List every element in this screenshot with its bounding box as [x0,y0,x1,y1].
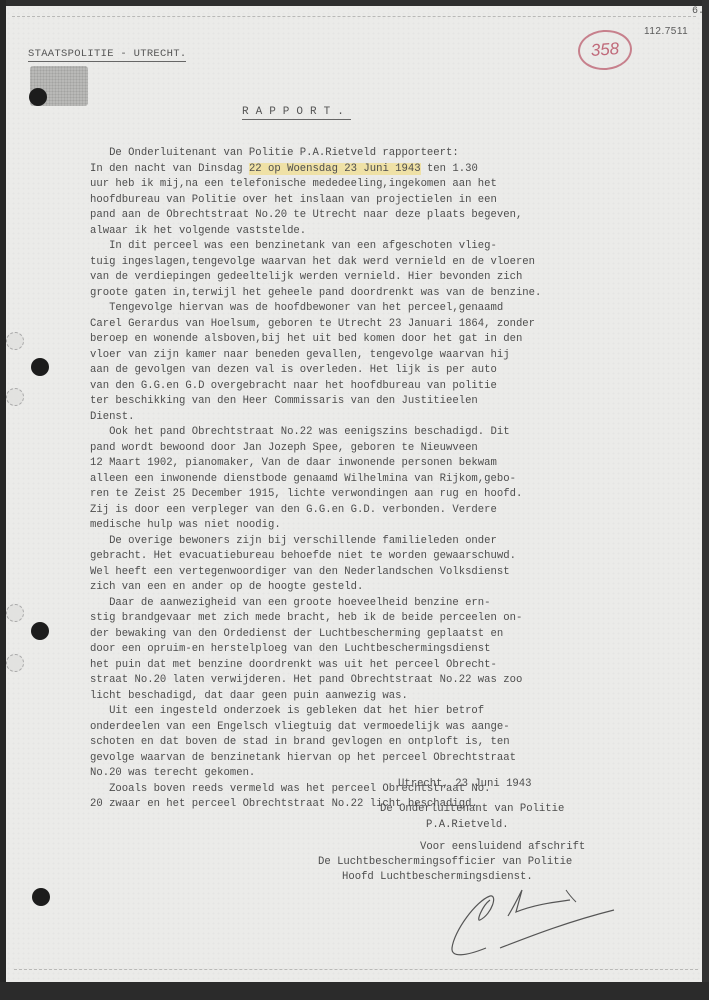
report-line: door een opruim-en herstelploeg van den … [90,642,702,658]
report-line: No.20 was terecht gekomen. [90,766,702,782]
folio-stamp: 358 [577,28,634,72]
report-line: Wel heeft een vertegenwoordiger van den … [90,565,702,581]
report-line: zich van een en ander op de hoogte geste… [90,580,702,596]
report-line-text: De overige bewoners zijn bij verschillen… [90,535,497,547]
report-line-text: alleen een inwonende dienstbode genaamd … [90,473,516,485]
report-line-text: beroep en wonende alsboven,bij het uit b… [90,333,522,345]
report-line: Dienst. [90,410,702,426]
report-line: ter beschikking van den Heer Commissaris… [90,394,702,410]
report-line: het puin dat met benzine doordrenkt was … [90,658,702,674]
report-line: De overige bewoners zijn bij verschillen… [90,534,702,550]
scan-frame-bottom [0,982,709,1000]
report-line: alleen een inwonende dienstbode genaamd … [90,472,702,488]
report-line-text: No.20 was terecht gekomen. [90,767,255,779]
punch-hole-icon [31,622,49,640]
punch-hole-faint-icon [6,604,24,622]
report-line-text: 12 Maart 1902, pianomaker, Van de daar i… [90,457,497,469]
report-line-text: van den G.G.en G.D overgebracht naar het… [90,380,497,392]
report-line: alwaar ik het volgende vaststelde. [90,224,702,240]
report-line-text: van de verdiepingen gedeeltelijk werden … [90,271,522,283]
report-line: ren te Zeist 25 December 1915, lichte ve… [90,487,702,503]
report-line-text: ren te Zeist 25 December 1915, lichte ve… [90,488,522,500]
report-line-text: uur heb ik mij,na een telefonische meded… [90,178,497,190]
highlighted-date: 22 op Woensdag 23 Juni 1943 [249,163,421,175]
agency-header: STAATSPOLITIE - UTRECHT. [28,48,186,62]
report-line: Uit een ingesteld onderzoek is gebleken … [90,704,702,720]
report-line-text: zich van een en ander op de hoogte geste… [90,581,363,593]
report-line-text: stig brandgevaar met zich mede bracht, h… [90,612,522,624]
report-line: Ook het pand Obrechtstraat No.22 was een… [90,425,702,441]
report-line-text: medische hulp was niet noodig. [90,519,281,531]
report-line: medische hulp was niet noodig. [90,518,702,534]
copy-note: Voor eensluidend afschrift [420,840,585,856]
report-line: In dit perceel was een benzinetank van e… [90,239,702,255]
punch-hole-icon [32,888,50,906]
report-line-text: Daar de aanwezigheid van een groote hoev… [90,597,491,609]
report-line-text: vloer van zijn kamer naar beneden gevall… [90,349,510,361]
report-line: gebracht. Het evacuatiebureau behoefde n… [90,549,702,565]
report-line-text: het puin dat met benzine doordrenkt was … [90,659,497,671]
report-line-text: pand wordt bewoond door Jan Jozeph Spee,… [90,442,478,454]
document-title: RAPPORT. [242,106,351,120]
report-body: De Onderluitenant van Politie P.A.Rietve… [90,146,702,813]
report-line-text: Uit een ingesteld onderzoek is gebleken … [90,705,484,717]
report-line-text: Dienst. [90,411,135,423]
report-line-text: der bewaking van den Ordedienst der Luch… [90,628,503,640]
report-line-text: Ook het pand Obrechtstraat No.22 was een… [90,426,510,438]
report-line: aan de gevolgen van dezen val is overled… [90,363,702,379]
report-line-text: pand aan de Obrechtstraat No.20 te Utrec… [90,209,522,221]
report-line: onderdeelen van een Engelsch vliegtuig d… [90,720,702,736]
report-line: Tengevolge hiervan was de hoofdbewoner v… [90,301,702,317]
signatory-rank: De Onderluitenant van Politie [380,802,564,818]
document-page: 6. 112.7511 358 STAATSPOLITIE - UTRECHT.… [6,6,702,982]
report-line: pand wordt bewoond door Jan Jozeph Spee,… [90,441,702,457]
punch-hole-icon [31,358,49,376]
report-line: pand aan de Obrechtstraat No.20 te Utrec… [90,208,702,224]
report-line: 12 Maart 1902, pianomaker, Van de daar i… [90,456,702,472]
report-line: gevolge waarvan de benzinetank hiervan o… [90,751,702,767]
report-line-text: licht beschadigd, dat daar geen puin aan… [90,690,408,702]
folio-number: 358 [590,39,620,61]
report-line-text: gebracht. Het evacuatiebureau behoefde n… [90,550,516,562]
report-line: In den nacht van Dinsdag 22 op Woensdag … [90,162,702,178]
report-line-text: straat No.20 laten verwijderen. Het pand… [90,674,522,686]
report-line: van de verdiepingen gedeeltelijk werden … [90,270,702,286]
page-top-edge [12,16,696,17]
report-line: van den G.G.en G.D overgebracht naar het… [90,379,702,395]
page-bottom-edge [14,969,698,970]
report-line: Daar de aanwezigheid van een groote hoev… [90,596,702,612]
report-line: uur heb ik mij,na een telefonische meded… [90,177,702,193]
report-line: licht beschadigd, dat daar geen puin aan… [90,689,702,705]
report-line: straat No.20 laten verwijderen. Het pand… [90,673,702,689]
report-line-text: alwaar ik het volgende vaststelde. [90,225,306,237]
report-line: Zij is door een verpleger van den G.G.en… [90,503,702,519]
report-line-text: aan de gevolgen van dezen val is overled… [90,364,497,376]
report-line: Zooals boven reeds vermeld was het perce… [90,782,702,798]
handwritten-signature-icon [446,886,626,966]
punch-hole-faint-icon [6,332,24,350]
signatory-name: P.A.Rietveld. [426,818,509,834]
report-line-text: Tengevolge hiervan was de hoofdbewoner v… [90,302,503,314]
report-line-text: tuig ingeslagen,tengevolge waarvan het d… [90,256,535,268]
report-line: schoten en dat boven de stad in brand ge… [90,735,702,751]
report-line-text: onderdeelen van een Engelsch vliegtuig d… [90,721,510,733]
report-line-text: groote gaten in,terwijl het geheele pand… [90,287,541,299]
report-line-text: door een opruim-en herstelploeg van den … [90,643,491,655]
report-line: De Onderluitenant van Politie P.A.Rietve… [90,146,702,162]
archive-number: 112.7511 [644,26,688,37]
scan-frame-right [702,0,709,1000]
copy-officer-department: Hoofd Luchtbeschermingsdienst. [342,870,533,886]
report-line: Carel Gerardus van Hoelsum, geboren te U… [90,317,702,333]
punch-hole-faint-icon [6,654,24,672]
report-line-text: Carel Gerardus van Hoelsum, geboren te U… [90,318,535,330]
report-line-text: Zij is door een verpleger van den G.G.en… [90,504,497,516]
copy-officer-title: De Luchtbeschermingsofficier van Politie [318,855,572,871]
report-line-text: gevolge waarvan de benzinetank hiervan o… [90,752,516,764]
report-line: vloer van zijn kamer naar beneden gevall… [90,348,702,364]
report-line-text: ten 1.30 [421,163,478,175]
report-line: tuig ingeslagen,tengevolge waarvan het d… [90,255,702,271]
report-line-text: Wel heeft een vertegenwoordiger van den … [90,566,510,578]
place-date: Utrecht, 23 Juni 1943 [398,777,532,793]
report-line-text: ter beschikking van den Heer Commissaris… [90,395,478,407]
report-line-text: In dit perceel was een benzinetank van e… [90,240,497,252]
report-line: der bewaking van den Ordedienst der Luch… [90,627,702,643]
report-line: beroep en wonende alsboven,bij het uit b… [90,332,702,348]
report-line: hoofdbureau van Politie over het inslaan… [90,193,702,209]
report-line-text: hoofdbureau van Politie over het inslaan… [90,194,497,206]
report-line-text: In den nacht van Dinsdag [90,163,249,175]
report-line: groote gaten in,terwijl het geheele pand… [90,286,702,302]
punch-hole-faint-icon [6,388,24,406]
report-line-text: De Onderluitenant van Politie P.A.Rietve… [90,147,459,159]
report-line: stig brandgevaar met zich mede bracht, h… [90,611,702,627]
punch-hole-icon [29,88,47,106]
report-line-text: schoten en dat boven de stad in brand ge… [90,736,510,748]
corner-mark: 6. [692,6,704,17]
